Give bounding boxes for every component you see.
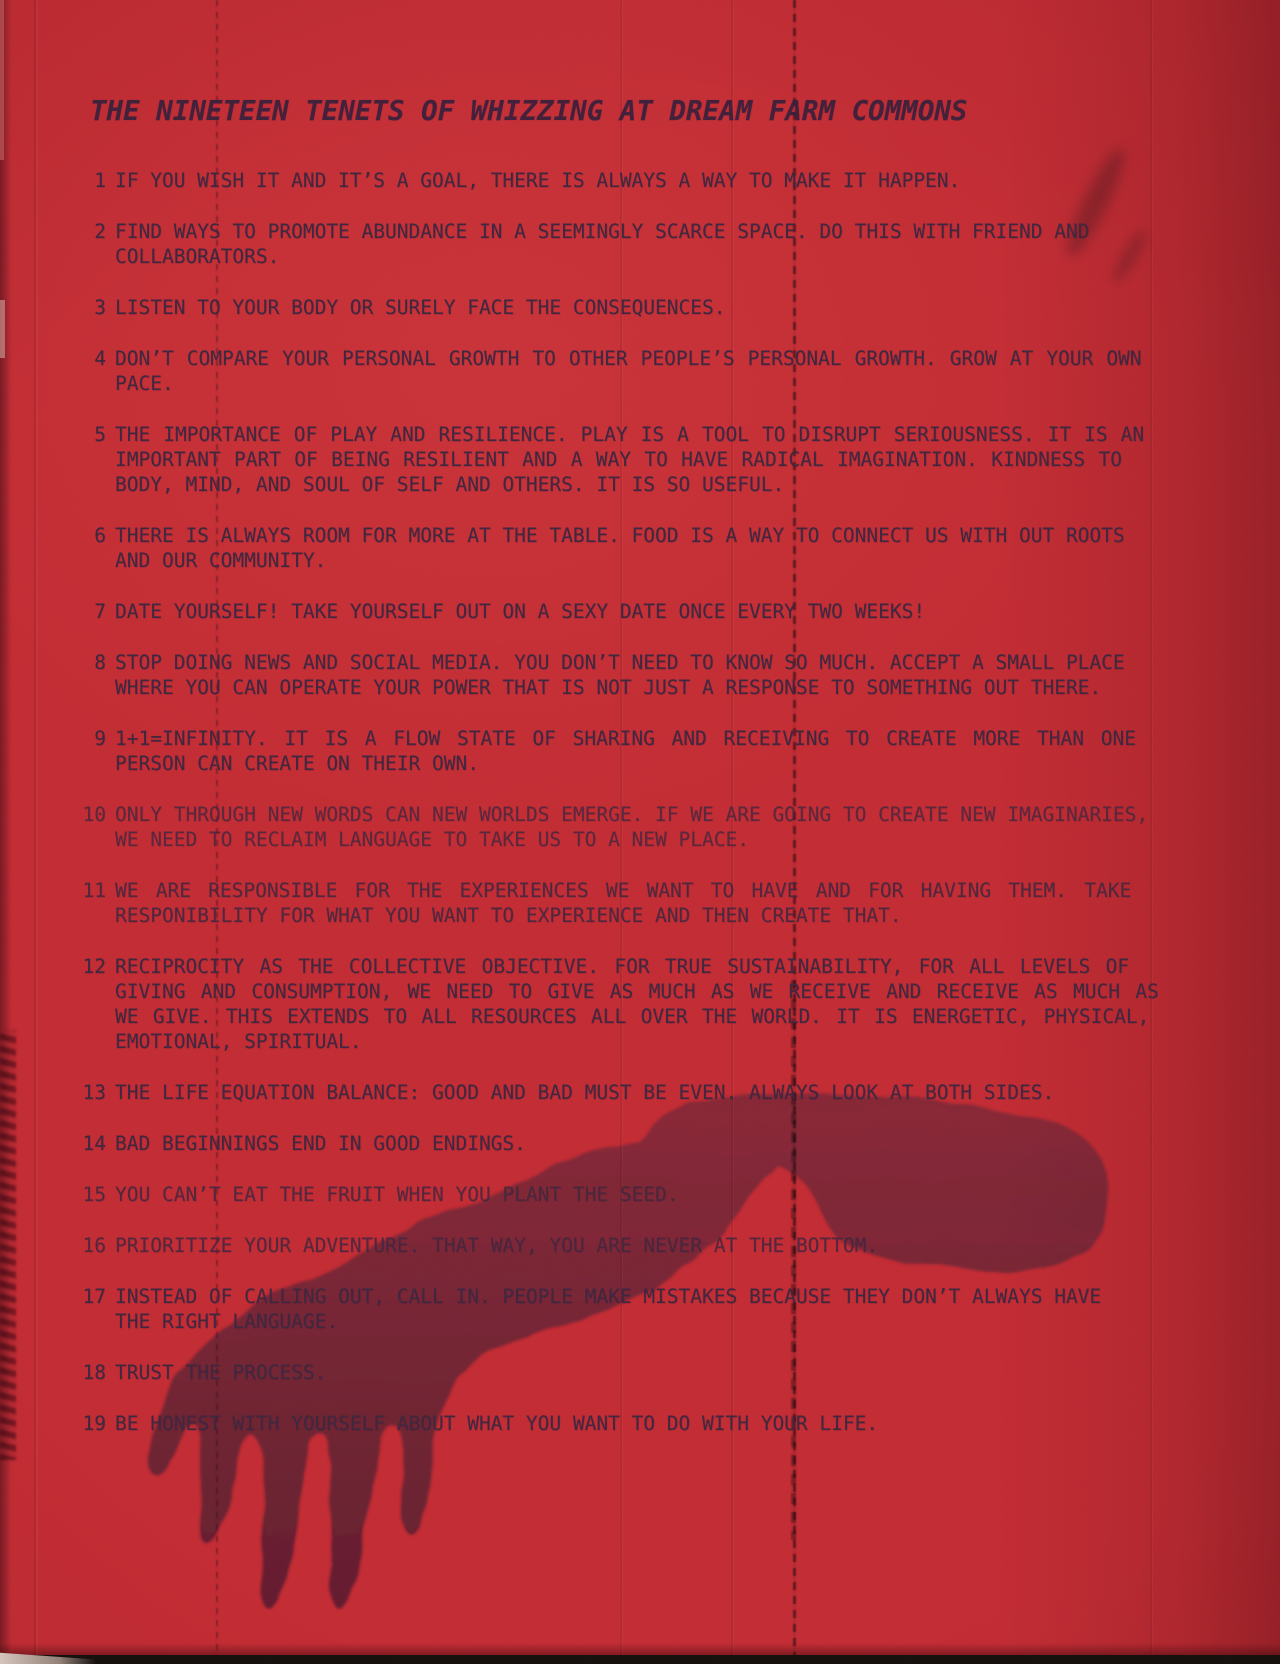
tenet-line: BE HONEST WITH YOURSELF ABOUT WHAT YOU W… bbox=[115, 1411, 1150, 1436]
tenet-item: 16PRIORITIZE YOUR ADVENTURE. THAT WAY, Y… bbox=[0, 1233, 1280, 1258]
tenet-line: PERSON CAN CREATE ON THEIR OWN. bbox=[115, 751, 1150, 776]
tenet-line: AND OUR COMMUNITY. bbox=[115, 548, 1150, 573]
tenet-line: TRUST THE PROCESS. bbox=[115, 1360, 1150, 1385]
scanner-bar bbox=[0, 1655, 1280, 1664]
tenet-item: 12RECIPROCITY AS THE COLLECTIVE OBJECTIV… bbox=[0, 954, 1280, 1054]
tenet-item: 91+1=INFINITY. IT IS A FLOW STATE OF SHA… bbox=[0, 726, 1280, 776]
tenet-text: INSTEAD OF CALLING OUT, CALL IN. PEOPLE … bbox=[115, 1284, 1150, 1334]
tenet-line: EMOTIONAL, SPIRITUAL. bbox=[115, 1029, 1150, 1054]
tenet-line: RECIPROCITY AS THE COLLECTIVE OBJECTIVE.… bbox=[115, 954, 1150, 979]
tenet-line: IMPORTANT PART OF BEING RESILIENT AND A … bbox=[115, 447, 1150, 472]
tenet-item: 19BE HONEST WITH YOURSELF ABOUT WHAT YOU… bbox=[0, 1411, 1280, 1436]
tenet-number: 2 bbox=[0, 219, 106, 269]
tenet-item: 5THE IMPORTANCE OF PLAY AND RESILIENCE. … bbox=[0, 422, 1280, 497]
page-title: THE NINETEEN TENETS OF WHIZZING AT DREAM… bbox=[90, 96, 968, 126]
tenet-text: YOU CAN’T EAT THE FRUIT WHEN YOU PLANT T… bbox=[115, 1182, 1150, 1207]
tenet-item: 18TRUST THE PROCESS. bbox=[0, 1360, 1280, 1385]
tenet-line: THE RIGHT LANGUAGE. bbox=[115, 1309, 1150, 1334]
tenet-item: 14BAD BEGINNINGS END IN GOOD ENDINGS. bbox=[0, 1131, 1280, 1156]
tenet-line: IF YOU WISH IT AND IT’S A GOAL, THERE IS… bbox=[115, 168, 1150, 193]
tenet-line: 1+1=INFINITY. IT IS A FLOW STATE OF SHAR… bbox=[115, 726, 1150, 751]
tenet-line: PRIORITIZE YOUR ADVENTURE. THAT WAY, YOU… bbox=[115, 1233, 1150, 1258]
tenet-item: 1IF YOU WISH IT AND IT’S A GOAL, THERE I… bbox=[0, 168, 1280, 193]
tenet-text: 1+1=INFINITY. IT IS A FLOW STATE OF SHAR… bbox=[115, 726, 1150, 776]
tenet-line: BAD BEGINNINGS END IN GOOD ENDINGS. bbox=[115, 1131, 1150, 1156]
tenet-text: TRUST THE PROCESS. bbox=[115, 1360, 1150, 1385]
tenet-number: 5 bbox=[0, 422, 106, 497]
tenet-line: GIVING AND CONSUMPTION, WE NEED TO GIVE … bbox=[115, 979, 1150, 1004]
tenet-number: 3 bbox=[0, 295, 106, 320]
tenet-text: LISTEN TO YOUR BODY OR SURELY FACE THE C… bbox=[115, 295, 1150, 320]
zine-page: THE NINETEEN TENETS OF WHIZZING AT DREAM… bbox=[0, 0, 1280, 1664]
page-bottom-shadow bbox=[0, 1643, 1280, 1655]
tenet-line: PACE. bbox=[115, 371, 1150, 396]
tenet-item: 4DON’T COMPARE YOUR PERSONAL GROWTH TO O… bbox=[0, 346, 1280, 396]
tenet-text: BE HONEST WITH YOURSELF ABOUT WHAT YOU W… bbox=[115, 1411, 1150, 1436]
tenet-text: ONLY THROUGH NEW WORDS CAN NEW WORLDS EM… bbox=[115, 802, 1150, 852]
tenet-item: 17INSTEAD OF CALLING OUT, CALL IN. PEOPL… bbox=[0, 1284, 1280, 1334]
tenet-line: LISTEN TO YOUR BODY OR SURELY FACE THE C… bbox=[115, 295, 1150, 320]
tenet-text: STOP DOING NEWS AND SOCIAL MEDIA. YOU DO… bbox=[115, 650, 1150, 700]
spine-notch bbox=[0, 300, 5, 358]
tenet-number: 4 bbox=[0, 346, 106, 396]
tenet-item: 7DATE YOURSELF! TAKE YOURSELF OUT ON A S… bbox=[0, 599, 1280, 624]
tenet-line: WE NEED TO RECLAIM LANGUAGE TO TAKE US T… bbox=[115, 827, 1150, 852]
tenet-text: THERE IS ALWAYS ROOM FOR MORE AT THE TAB… bbox=[115, 523, 1150, 573]
tenet-line: YOU CAN’T EAT THE FRUIT WHEN YOU PLANT T… bbox=[115, 1182, 1150, 1207]
tenet-line: DON’T COMPARE YOUR PERSONAL GROWTH TO OT… bbox=[115, 346, 1150, 371]
tenet-text: THE IMPORTANCE OF PLAY AND RESILIENCE. P… bbox=[115, 422, 1150, 497]
tenet-item: 6THERE IS ALWAYS ROOM FOR MORE AT THE TA… bbox=[0, 523, 1280, 573]
tenet-text: PRIORITIZE YOUR ADVENTURE. THAT WAY, YOU… bbox=[115, 1233, 1150, 1258]
tenet-text: WE ARE RESPONSIBLE FOR THE EXPERIENCES W… bbox=[115, 878, 1150, 928]
tenet-line: THE LIFE EQUATION BALANCE: GOOD AND BAD … bbox=[115, 1080, 1150, 1105]
tenet-text: FIND WAYS TO PROMOTE ABUNDANCE IN A SEEM… bbox=[115, 219, 1150, 269]
tenet-item: 8STOP DOING NEWS AND SOCIAL MEDIA. YOU D… bbox=[0, 650, 1280, 700]
spine-blotch bbox=[0, 1030, 16, 1460]
tenet-line: ONLY THROUGH NEW WORDS CAN NEW WORLDS EM… bbox=[115, 802, 1150, 827]
tenet-item: 15YOU CAN’T EAT THE FRUIT WHEN YOU PLANT… bbox=[0, 1182, 1280, 1207]
tenet-item: 10ONLY THROUGH NEW WORDS CAN NEW WORLDS … bbox=[0, 802, 1280, 852]
tenet-number: 8 bbox=[0, 650, 106, 700]
tenet-item: 2FIND WAYS TO PROMOTE ABUNDANCE IN A SEE… bbox=[0, 219, 1280, 269]
tenet-line: WE ARE RESPONSIBLE FOR THE EXPERIENCES W… bbox=[115, 878, 1150, 903]
tenet-item: 3LISTEN TO YOUR BODY OR SURELY FACE THE … bbox=[0, 295, 1280, 320]
tenet-line: BODY, MIND, AND SOUL OF SELF AND OTHERS.… bbox=[115, 472, 1150, 497]
tenet-line: INSTEAD OF CALLING OUT, CALL IN. PEOPLE … bbox=[115, 1284, 1150, 1309]
tenet-line: FIND WAYS TO PROMOTE ABUNDANCE IN A SEEM… bbox=[115, 219, 1150, 244]
tenet-number: 1 bbox=[0, 168, 106, 193]
tenet-text: RECIPROCITY AS THE COLLECTIVE OBJECTIVE.… bbox=[115, 954, 1150, 1054]
tenet-number: 7 bbox=[0, 599, 106, 624]
tenet-item: 11WE ARE RESPONSIBLE FOR THE EXPERIENCES… bbox=[0, 878, 1280, 928]
tenet-number: 6 bbox=[0, 523, 106, 573]
tenet-line: COLLABORATORS. bbox=[115, 244, 1150, 269]
tenet-item: 13THE LIFE EQUATION BALANCE: GOOD AND BA… bbox=[0, 1080, 1280, 1105]
tenet-number: 9 bbox=[0, 726, 106, 776]
tenet-line: STOP DOING NEWS AND SOCIAL MEDIA. YOU DO… bbox=[115, 650, 1150, 675]
tenet-line: THERE IS ALWAYS ROOM FOR MORE AT THE TAB… bbox=[115, 523, 1150, 548]
tenet-text: BAD BEGINNINGS END IN GOOD ENDINGS. bbox=[115, 1131, 1150, 1156]
left-fold-crease bbox=[34, 0, 36, 1664]
tenet-number: 11 bbox=[0, 878, 106, 928]
tenet-line: DATE YOURSELF! TAKE YOURSELF OUT ON A SE… bbox=[115, 599, 1150, 624]
tenet-text: THE LIFE EQUATION BALANCE: GOOD AND BAD … bbox=[115, 1080, 1150, 1105]
tenet-line: WHERE YOU CAN OPERATE YOUR POWER THAT IS… bbox=[115, 675, 1150, 700]
tenet-list: 1IF YOU WISH IT AND IT’S A GOAL, THERE I… bbox=[0, 168, 1280, 1462]
tenet-line: RESPONIBILITY FOR WHAT YOU WANT TO EXPER… bbox=[115, 903, 1150, 928]
tenet-text: DATE YOURSELF! TAKE YOURSELF OUT ON A SE… bbox=[115, 599, 1150, 624]
tenet-text: IF YOU WISH IT AND IT’S A GOAL, THERE IS… bbox=[115, 168, 1150, 193]
tenet-line: WE GIVE. THIS EXTENDS TO ALL RESOURCES A… bbox=[115, 1004, 1150, 1029]
tenet-text: DON’T COMPARE YOUR PERSONAL GROWTH TO OT… bbox=[115, 346, 1150, 396]
tenet-number: 10 bbox=[0, 802, 106, 852]
tenet-line: THE IMPORTANCE OF PLAY AND RESILIENCE. P… bbox=[115, 422, 1150, 447]
spine-highlight bbox=[0, 0, 4, 160]
